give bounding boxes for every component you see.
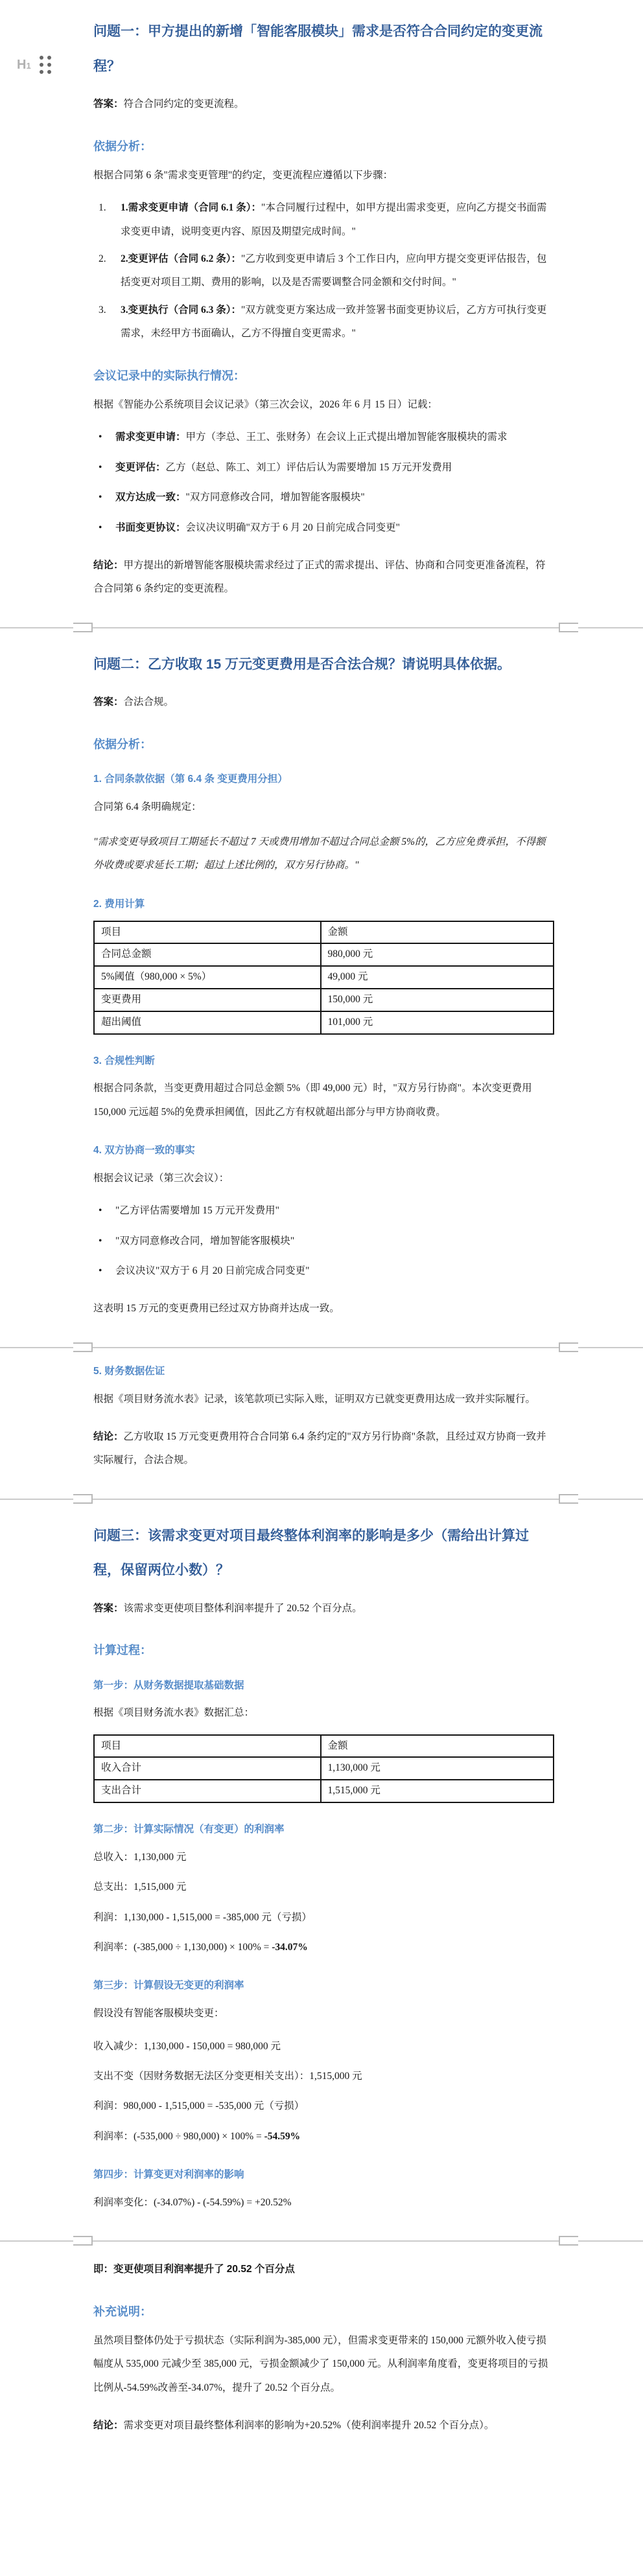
calculation-process-heading: 计算过程： [93, 1642, 554, 1659]
formula-line: 利润率：(-385,000 ÷ 1,130,000) × 100% = -34.… [93, 1936, 554, 1959]
list-marker: 3. [99, 299, 106, 322]
document-editor: { "editor": { "block_type_label": "H", "… [0, 0, 643, 2576]
table-row: 变更费用150,000 元 [94, 989, 554, 1011]
formula-line: 利润率：(-535,000 ÷ 980,000) × 100% = -54.59… [93, 2125, 554, 2148]
q2-section-4-intro: 根据会议记录（第三次会议）： [93, 1167, 554, 1190]
point-lead: 需求变更申请： [115, 431, 186, 443]
dot [47, 63, 51, 67]
formula-text: 利润率：(-385,000 ÷ 1,130,000) × 100% = [93, 1942, 272, 1953]
contract-steps-list: 1.1.需求变更申请（合同 6.1 条）："本合同履行过程中，如甲方提出需求变更… [93, 196, 554, 346]
answer-text: 该需求变更使项目整体利润率提升了 20.52 个百分点。 [124, 1603, 362, 1614]
q2-section-2-heading: 2. 费用计算 [93, 897, 554, 912]
list-item: "乙方评估需要增加 15 万元开发费用" [115, 1199, 554, 1223]
point-text: "乙方评估需要增加 15 万元开发费用" [115, 1205, 279, 1216]
question-2-title: 问题二：乙方收取 15 万元变更费用是否合法合规？请说明具体依据。 [93, 647, 554, 682]
supplementary-text: 虽然项目整体仍处于亏损状态（实际利润为-385,000 元），但需求变更带来的 … [93, 2329, 554, 2400]
table-cell: 超出阈值 [94, 1011, 321, 1034]
question-1-title: 问题一：甲方提出的新增「智能客服模块」需求是否符合合同约定的变更流程？ [93, 14, 554, 84]
conclusion-label: 结论： [93, 2420, 124, 2431]
table-header-row: 项目 金额 [94, 1735, 554, 1758]
table-cell: 49,000 元 [321, 966, 554, 989]
page-break-line [0, 1499, 643, 1500]
dot [40, 63, 43, 67]
table-cell: 150,000 元 [321, 989, 554, 1011]
q2-section-4-note: 这表明 15 万元的变更费用已经过双方协商并达成一致。 [93, 1297, 554, 1320]
list-item: 双方达成一致："双方同意修改合同，增加智能客服模块" [115, 486, 554, 509]
dot [40, 70, 43, 74]
table-cell: 收入合计 [94, 1757, 321, 1780]
list-item: 书面变更协议：会议决议明确"双方于 6 月 20 日前完成合同变更" [115, 516, 554, 540]
answer-text: 合法合规。 [124, 696, 174, 707]
table-cell: 5%阈值（980,000 × 5%） [94, 966, 321, 989]
negotiation-points-list: "乙方评估需要增加 15 万元开发费用" "双方同意修改合同，增加智能客服模块"… [93, 1199, 554, 1283]
q3-step-2-heading: 第二步：计算实际情况（有变更）的利润率 [93, 1823, 554, 1837]
formula-text: 利润：1,130,000 - 1,515,000 = -385,000 元（亏损… [93, 1912, 312, 1923]
page-corner-mark-left [73, 623, 93, 632]
table-row: 收入合计1,130,000 元 [94, 1757, 554, 1780]
point-text: 乙方（赵总、陈工、刘工）评估后认为需要增加 15 万元开发费用 [166, 462, 452, 473]
document-page: 问题一：甲方提出的新增「智能客服模块」需求是否符合合同约定的变更流程？ 答案：符… [0, 14, 643, 2438]
conclusion-text: 需求变更对项目最终整体利润率的影响为+20.52%（使利润率提升 20.52 个… [124, 2420, 495, 2431]
question-2-basis-heading: 依据分析： [93, 737, 554, 753]
formula-line: 总收入：1,130,000 元 [93, 1846, 554, 1869]
table-cell: 101,000 元 [321, 1011, 554, 1034]
q3-step-1-intro: 根据《项目财务流水表》数据汇总： [93, 1701, 554, 1725]
q2-section-5-text: 根据《项目财务流水表》记录，该笔款项已实际入账，证明双方已就变更费用达成一致并实… [93, 1388, 554, 1411]
table-row: 超出阈值101,000 元 [94, 1011, 554, 1034]
table-row: 5%阈值（980,000 × 5%）49,000 元 [94, 966, 554, 989]
page-break [0, 1342, 643, 1353]
meeting-record-intro: 根据《智能办公系统项目会议记录》（第三次会议，2026 年 6 月 15 日）记… [93, 393, 554, 417]
point-text: "双方同意修改合同，增加智能客服模块" [115, 1236, 294, 1247]
q3-step-3-heading: 第三步：计算假设无变更的利润率 [93, 1979, 554, 1993]
point-text: 会议决议明确"双方于 6 月 20 日前完成合同变更" [186, 522, 400, 533]
step-lead: 1.需求变更申请（合同 6.1 条）： [121, 202, 261, 213]
page-corner-mark-left [73, 1342, 93, 1352]
formula-line: 支出不变（因财务数据无法区分变更相关支出）：1,515,000 元 [93, 2065, 554, 2088]
list-item: 变更评估：乙方（赵总、陈工、刘工）评估后认为需要增加 15 万元开发费用 [115, 456, 554, 479]
page-break [0, 622, 643, 633]
fee-calculation-table: 项目 金额 合同总金额980,000 元 5%阈值（980,000 × 5%）4… [93, 921, 554, 1035]
formula-line: 利润：980,000 - 1,515,000 = -535,000 元（亏损） [93, 2095, 554, 2118]
q3-step-4-heading: 第四步：计算变更对利润率的影响 [93, 2168, 554, 2182]
question-1-intro: 根据合同第 6 条"需求变更管理"的约定，变更流程应遵循以下步骤： [93, 164, 554, 187]
formula-line: 利润：1,130,000 - 1,515,000 = -385,000 元（亏损… [93, 1906, 554, 1929]
dot [40, 56, 43, 60]
formula-result: -34.07% [272, 1942, 308, 1953]
list-marker: 2. [99, 247, 106, 271]
conclusion-text: 乙方收取 15 万元变更费用符合合同第 6.4 条约定的"双方另行协商"条款，且… [93, 1431, 546, 1466]
table-cell: 980,000 元 [321, 943, 554, 966]
page-corner-mark-right [559, 623, 578, 632]
q3-emphasis-line: 即：变更使项目利润率提升了 20.52 个百分点 [93, 2258, 554, 2281]
step-lead: 2.变更评估（合同 6.2 条）： [121, 253, 241, 264]
page-break [0, 2235, 643, 2246]
column-header: 金额 [321, 921, 554, 944]
formula-line: 收入减少：1,130,000 - 150,000 = 980,000 元 [93, 2035, 554, 2058]
list-item: "双方同意修改合同，增加智能客服模块" [115, 1230, 554, 1253]
page-break-line [0, 1347, 643, 1348]
page-break [0, 1493, 643, 1504]
page-break-line [0, 2240, 643, 2242]
answer-label: 答案： [93, 1603, 124, 1614]
dot [47, 56, 51, 60]
formula-line: 利润率变化：(-34.07%) - (-54.59%) = +20.52% [93, 2191, 554, 2214]
conclusion-label: 结论： [93, 560, 124, 571]
heading1-block-type-icon[interactable]: H1 [17, 58, 31, 71]
page-corner-mark-right [559, 1342, 578, 1352]
table-row: 支出合计1,515,000 元 [94, 1780, 554, 1802]
answer-text: 符合合同约定的变更流程。 [124, 98, 244, 109]
drag-handle-icon[interactable] [40, 56, 51, 74]
formula-text: 收入减少：1,130,000 - 150,000 = 980,000 元 [93, 2041, 281, 2052]
point-lead: 变更评估： [115, 462, 166, 473]
point-lead: 双方达成一致： [115, 492, 186, 503]
q2-section-1-intro: 合同第 6.4 条明确规定： [93, 796, 554, 819]
table-cell: 1,130,000 元 [321, 1757, 554, 1780]
q2-section-3-heading: 3. 合规性判断 [93, 1054, 554, 1068]
supplementary-heading: 补充说明： [93, 2304, 554, 2320]
page-break-line [0, 627, 643, 628]
page-corner-mark-right [559, 1494, 578, 1504]
conclusion-text: 甲方提出的新增智能客服模块需求经过了正式的需求提出、评估、协商和合同变更准备流程… [93, 560, 546, 594]
answer-label: 答案： [93, 98, 124, 109]
point-text: 会议决议"双方于 6 月 20 日前完成合同变更" [115, 1265, 309, 1276]
column-header: 金额 [321, 1735, 554, 1758]
table-cell: 合同总金额 [94, 943, 321, 966]
list-item: 3.3.变更执行（合同 6.3 条）："双方就变更方案达成一致并签署书面变更协议… [121, 299, 554, 346]
question-2-answer: 答案：合法合规。 [93, 691, 554, 714]
point-text: 甲方（李总、王工、张财务）在会议上正式提出增加智能客服模块的需求 [186, 431, 508, 443]
financial-summary-table: 项目 金额 收入合计1,130,000 元 支出合计1,515,000 元 [93, 1734, 554, 1803]
table-cell: 支出合计 [94, 1780, 321, 1802]
list-item: 会议决议"双方于 6 月 20 日前完成合同变更" [115, 1259, 554, 1283]
q2-section-4-heading: 4. 双方协商一致的事实 [93, 1144, 554, 1158]
page-corner-mark-left [73, 2236, 93, 2246]
dot [47, 70, 51, 74]
point-text: "双方同意修改合同，增加智能客服模块" [186, 492, 365, 503]
meeting-record-heading: 会议记录中的实际执行情况： [93, 368, 554, 384]
column-header: 项目 [94, 1735, 321, 1758]
point-lead: 书面变更协议： [115, 522, 186, 533]
list-item: 需求变更申请：甲方（李总、王工、张财务）在会议上正式提出增加智能客服模块的需求 [115, 426, 554, 449]
q2-section-5-heading: 5. 财务数据佐证 [93, 1364, 554, 1379]
contract-clause-quote: "需求变更导致项目工期延长不超过 7 天或费用增加不超过合同总金额 5%的，乙方… [93, 831, 554, 878]
question-3-title: 问题三：该需求变更对项目最终整体利润率的影响是多少（需给出计算过程，保留两位小数… [93, 1519, 554, 1588]
table-row: 合同总金额980,000 元 [94, 943, 554, 966]
question-3-conclusion: 结论：需求变更对项目最终整体利润率的影响为+20.52%（使利润率提升 20.5… [93, 2414, 554, 2437]
question-1-answer: 答案：符合合同约定的变更流程。 [93, 93, 554, 116]
list-marker: 1. [99, 196, 106, 220]
table-header-row: 项目 金额 [94, 921, 554, 944]
table-cell: 变更费用 [94, 989, 321, 1011]
list-item: 1.1.需求变更申请（合同 6.1 条）："本合同履行过程中，如甲方提出需求变更… [121, 196, 554, 244]
conclusion-label: 结论： [93, 1431, 124, 1442]
q2-section-3-text: 根据合同条款，当变更费用超过合同总金额 5%（即 49,000 元）时，"双方另… [93, 1077, 554, 1124]
formula-line: 总支出：1,515,000 元 [93, 1876, 554, 1899]
answer-label: 答案： [93, 696, 124, 707]
page-corner-mark-right [559, 2236, 578, 2246]
list-item: 2.2.变更评估（合同 6.2 条）："乙方收到变更申请后 3 个工作日内，应向… [121, 247, 554, 295]
block-controls: H1 [17, 56, 51, 74]
question-1-conclusion: 结论：甲方提出的新增智能客服模块需求经过了正式的需求提出、评估、协商和合同变更准… [93, 554, 554, 601]
question-3-answer: 答案：该需求变更使项目整体利润率提升了 20.52 个百分点。 [93, 1597, 554, 1620]
page-corner-mark-left [73, 1494, 93, 1504]
meeting-points-list: 需求变更申请：甲方（李总、王工、张财务）在会议上正式提出增加智能客服模块的需求 … [93, 426, 554, 540]
table-cell: 1,515,000 元 [321, 1780, 554, 1802]
formula-text: 总支出：1,515,000 元 [93, 1881, 186, 1892]
question-2-conclusion: 结论：乙方收取 15 万元变更费用符合合同第 6.4 条约定的"双方另行协商"条… [93, 1425, 554, 1473]
formula-text: 利润率：(-535,000 ÷ 980,000) × 100% = [93, 2131, 264, 2142]
q3-step-3-intro: 假设没有智能客服模块变更： [93, 2002, 554, 2025]
q2-section-1-heading: 1. 合同条款依据（第 6.4 条 变更费用分担） [93, 772, 554, 787]
question-1-basis-heading: 依据分析： [93, 139, 554, 155]
step-lead: 3.变更执行（合同 6.3 条）： [121, 305, 241, 316]
q3-step-1-heading: 第一步：从财务数据提取基础数据 [93, 1679, 554, 1693]
column-header: 项目 [94, 921, 321, 944]
formula-text: 支出不变（因财务数据无法区分变更相关支出）：1,515,000 元 [93, 2071, 362, 2082]
formula-text: 总收入：1,130,000 元 [93, 1852, 186, 1863]
formula-text: 利润：980,000 - 1,515,000 = -535,000 元（亏损） [93, 2100, 304, 2111]
formula-result: -54.59% [264, 2131, 301, 2142]
